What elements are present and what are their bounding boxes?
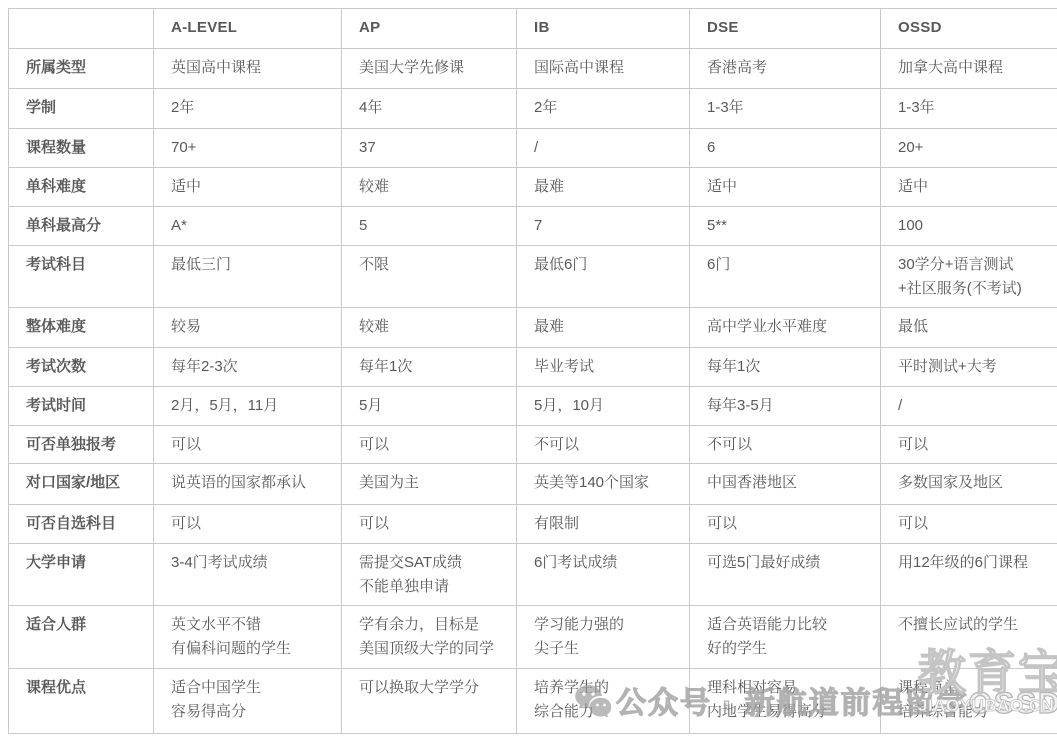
table-cell: 4年	[342, 89, 517, 129]
table-cell: 20+	[881, 129, 1057, 168]
table-cell: 理科相对容易 内地学生易得高分	[690, 669, 881, 734]
row-label: 单科难度	[9, 168, 154, 207]
table-row: 可否单独报考可以可以不可以不可以可以不可以	[9, 426, 1057, 464]
table-cell: 英文水平不错 有偏科问题的学生	[154, 606, 342, 669]
table-cell: 美国大学先修课	[342, 49, 517, 89]
row-label: 学制	[9, 89, 154, 129]
table-cell: 适中	[690, 168, 881, 207]
table-cell: 最难	[517, 168, 690, 207]
table-cell: 5月	[342, 387, 517, 426]
table-cell: 较易	[154, 308, 342, 348]
table-cell: 可以	[154, 505, 342, 544]
table-row: 学制2年4年2年1-3年1-3年3年	[9, 89, 1057, 129]
table-cell: /	[517, 129, 690, 168]
table-row: 整体难度较易较难最难高中学业水平难度最低难度大	[9, 308, 1057, 348]
table-cell: 可以	[690, 505, 881, 544]
table-cell: 可以	[342, 426, 517, 464]
table-cell: 适合中国学生 容易得高分	[154, 669, 342, 734]
column-header-3: IB	[517, 9, 690, 49]
table-cell: 2年	[154, 89, 342, 129]
table-row: 适合人群英文水平不错 有偏科问题的学生学有余力，目标是 美国顶级大学的同学学习能…	[9, 606, 1057, 669]
table-row: 考试科目最低三门不限最低6门6门30学分+语言测试 +社区服务(不考试)6	[9, 246, 1057, 308]
row-label: 可否单独报考	[9, 426, 154, 464]
table-cell: 最低三门	[154, 246, 342, 308]
table-cell: 平时测试+大考	[881, 348, 1057, 387]
table-cell: 可以	[154, 426, 342, 464]
header-row: A-LEVELAPIBDSEOSSD高考	[9, 9, 1057, 49]
table-cell: 每年1次	[690, 348, 881, 387]
table-cell: 培养学生的 综合能力	[517, 669, 690, 734]
table-cell: 较难	[342, 168, 517, 207]
table-row: 大学申请3-4门考试成绩需提交SAT成绩 不能单独申请6门考试成绩可选5门最好成…	[9, 544, 1057, 606]
table-row: 课程数量70+37/620+9	[9, 129, 1057, 168]
table-cell: 7	[517, 207, 690, 246]
table-cell: 可以	[342, 505, 517, 544]
table-cell: 适中	[881, 168, 1057, 207]
row-label: 对口国家/地区	[9, 464, 154, 505]
table-row: 单科难度适中较难最难适中适中日渐偏难	[9, 168, 1057, 207]
table-row: 考试次数每年2-3次每年1次毕业考试每年1次平时测试+大考每年1次	[9, 348, 1057, 387]
table-body: 所属类型英国高中课程美国大学先修课国际高中课程香港高考加拿大高中课程中国高中课程…	[9, 49, 1057, 734]
table-cell: 37	[342, 129, 517, 168]
table-cell: 3-4门考试成绩	[154, 544, 342, 606]
table-cell: 中国香港地区	[690, 464, 881, 505]
table-cell: 30学分+语言测试 +社区服务(不考试)	[881, 246, 1057, 308]
table-cell: 香港高考	[690, 49, 881, 89]
table-cell: 国际高中课程	[517, 49, 690, 89]
table-cell: 加拿大高中课程	[881, 49, 1057, 89]
table-cell: A*	[154, 207, 342, 246]
table-cell: 2年	[517, 89, 690, 129]
table-cell: 6门考试成绩	[517, 544, 690, 606]
table-cell: 5月，10月	[517, 387, 690, 426]
table-cell: 不擅长应试的学生	[881, 606, 1057, 669]
table-cell: 高中学业水平难度	[690, 308, 881, 348]
table-cell: 不限	[342, 246, 517, 308]
table-cell: 需提交SAT成绩 不能单独申请	[342, 544, 517, 606]
column-header-0	[9, 9, 154, 49]
table-cell: 1-3年	[690, 89, 881, 129]
table-cell: 多数国家及地区	[881, 464, 1057, 505]
column-header-4: DSE	[690, 9, 881, 49]
table-cell: 较难	[342, 308, 517, 348]
table-cell: 2月，5月，11月	[154, 387, 342, 426]
table-cell: 6	[690, 129, 881, 168]
table-cell: 5	[342, 207, 517, 246]
table-cell: 学习能力强的 尖子生	[517, 606, 690, 669]
table-cell: 用12年级的6门课程	[881, 544, 1057, 606]
table-row: 课程优点适合中国学生 容易得高分可以换取大学学分培养学生的 综合能力理科相对容易…	[9, 669, 1057, 734]
table-cell: 可以换取大学学分	[342, 669, 517, 734]
table-cell: 毕业考试	[517, 348, 690, 387]
table-cell: 最难	[517, 308, 690, 348]
table-cell: 每年1次	[342, 348, 517, 387]
table-cell: 1-3年	[881, 89, 1057, 129]
table-cell: 每年2-3次	[154, 348, 342, 387]
row-label: 所属类型	[9, 49, 154, 89]
table-row: 考试时间2月，5月，11月5月5月，10月每年3-5月/每年6月份7-8日	[9, 387, 1057, 426]
row-label: 考试时间	[9, 387, 154, 426]
row-label: 考试科目	[9, 246, 154, 308]
table-cell: 英国高中课程	[154, 49, 342, 89]
table-cell: 不可以	[690, 426, 881, 464]
table-cell: 可以	[881, 426, 1057, 464]
table-cell: 6门	[690, 246, 881, 308]
row-label: 可否自选科目	[9, 505, 154, 544]
table-cell: 适中	[154, 168, 342, 207]
table-row: 所属类型英国高中课程美国大学先修课国际高中课程香港高考加拿大高中课程中国高中课程	[9, 49, 1057, 89]
row-label: 考试次数	[9, 348, 154, 387]
table-cell: 说英语的国家都承认	[154, 464, 342, 505]
curriculum-comparison-page: A-LEVELAPIBDSEOSSD高考 所属类型英国高中课程美国大学先修课国际…	[0, 0, 1057, 745]
table-cell: 最低	[881, 308, 1057, 348]
row-label: 大学申请	[9, 544, 154, 606]
column-header-5: OSSD	[881, 9, 1057, 49]
table-cell: 美国为主	[342, 464, 517, 505]
table-cell: /	[881, 387, 1057, 426]
table-cell: 英美等140个国家	[517, 464, 690, 505]
row-label: 课程优点	[9, 669, 154, 734]
table-cell: 可以	[881, 505, 1057, 544]
table-cell: 有限制	[517, 505, 690, 544]
table-cell: 100	[881, 207, 1057, 246]
column-header-1: A-LEVEL	[154, 9, 342, 49]
table-cell: 5**	[690, 207, 881, 246]
table-row: 对口国家/地区说英语的国家都承认美国为主英美等140个国家中国香港地区多数国家及…	[9, 464, 1057, 505]
table-cell: 最低6门	[517, 246, 690, 308]
table-row: 单科最高分A*575**100150	[9, 207, 1057, 246]
table-cell: 可选5门最好成绩	[690, 544, 881, 606]
table-header: A-LEVELAPIBDSEOSSD高考	[9, 9, 1057, 49]
row-label: 单科最高分	[9, 207, 154, 246]
table-cell: 学有余力，目标是 美国顶级大学的同学	[342, 606, 517, 669]
row-label: 整体难度	[9, 308, 154, 348]
table-cell: 不可以	[517, 426, 690, 464]
curriculum-comparison-table: A-LEVELAPIBDSEOSSD高考 所属类型英国高中课程美国大学先修课国际…	[8, 8, 1057, 734]
table-cell: 适合英语能力比较 好的学生	[690, 606, 881, 669]
table-cell: 每年3-5月	[690, 387, 881, 426]
table-cell: 课程简单 培养综合能力	[881, 669, 1057, 734]
row-label: 课程数量	[9, 129, 154, 168]
row-label: 适合人群	[9, 606, 154, 669]
column-header-2: AP	[342, 9, 517, 49]
table-row: 可否自选科目可以可以有限制可以可以可以	[9, 505, 1057, 544]
table-cell: 70+	[154, 129, 342, 168]
